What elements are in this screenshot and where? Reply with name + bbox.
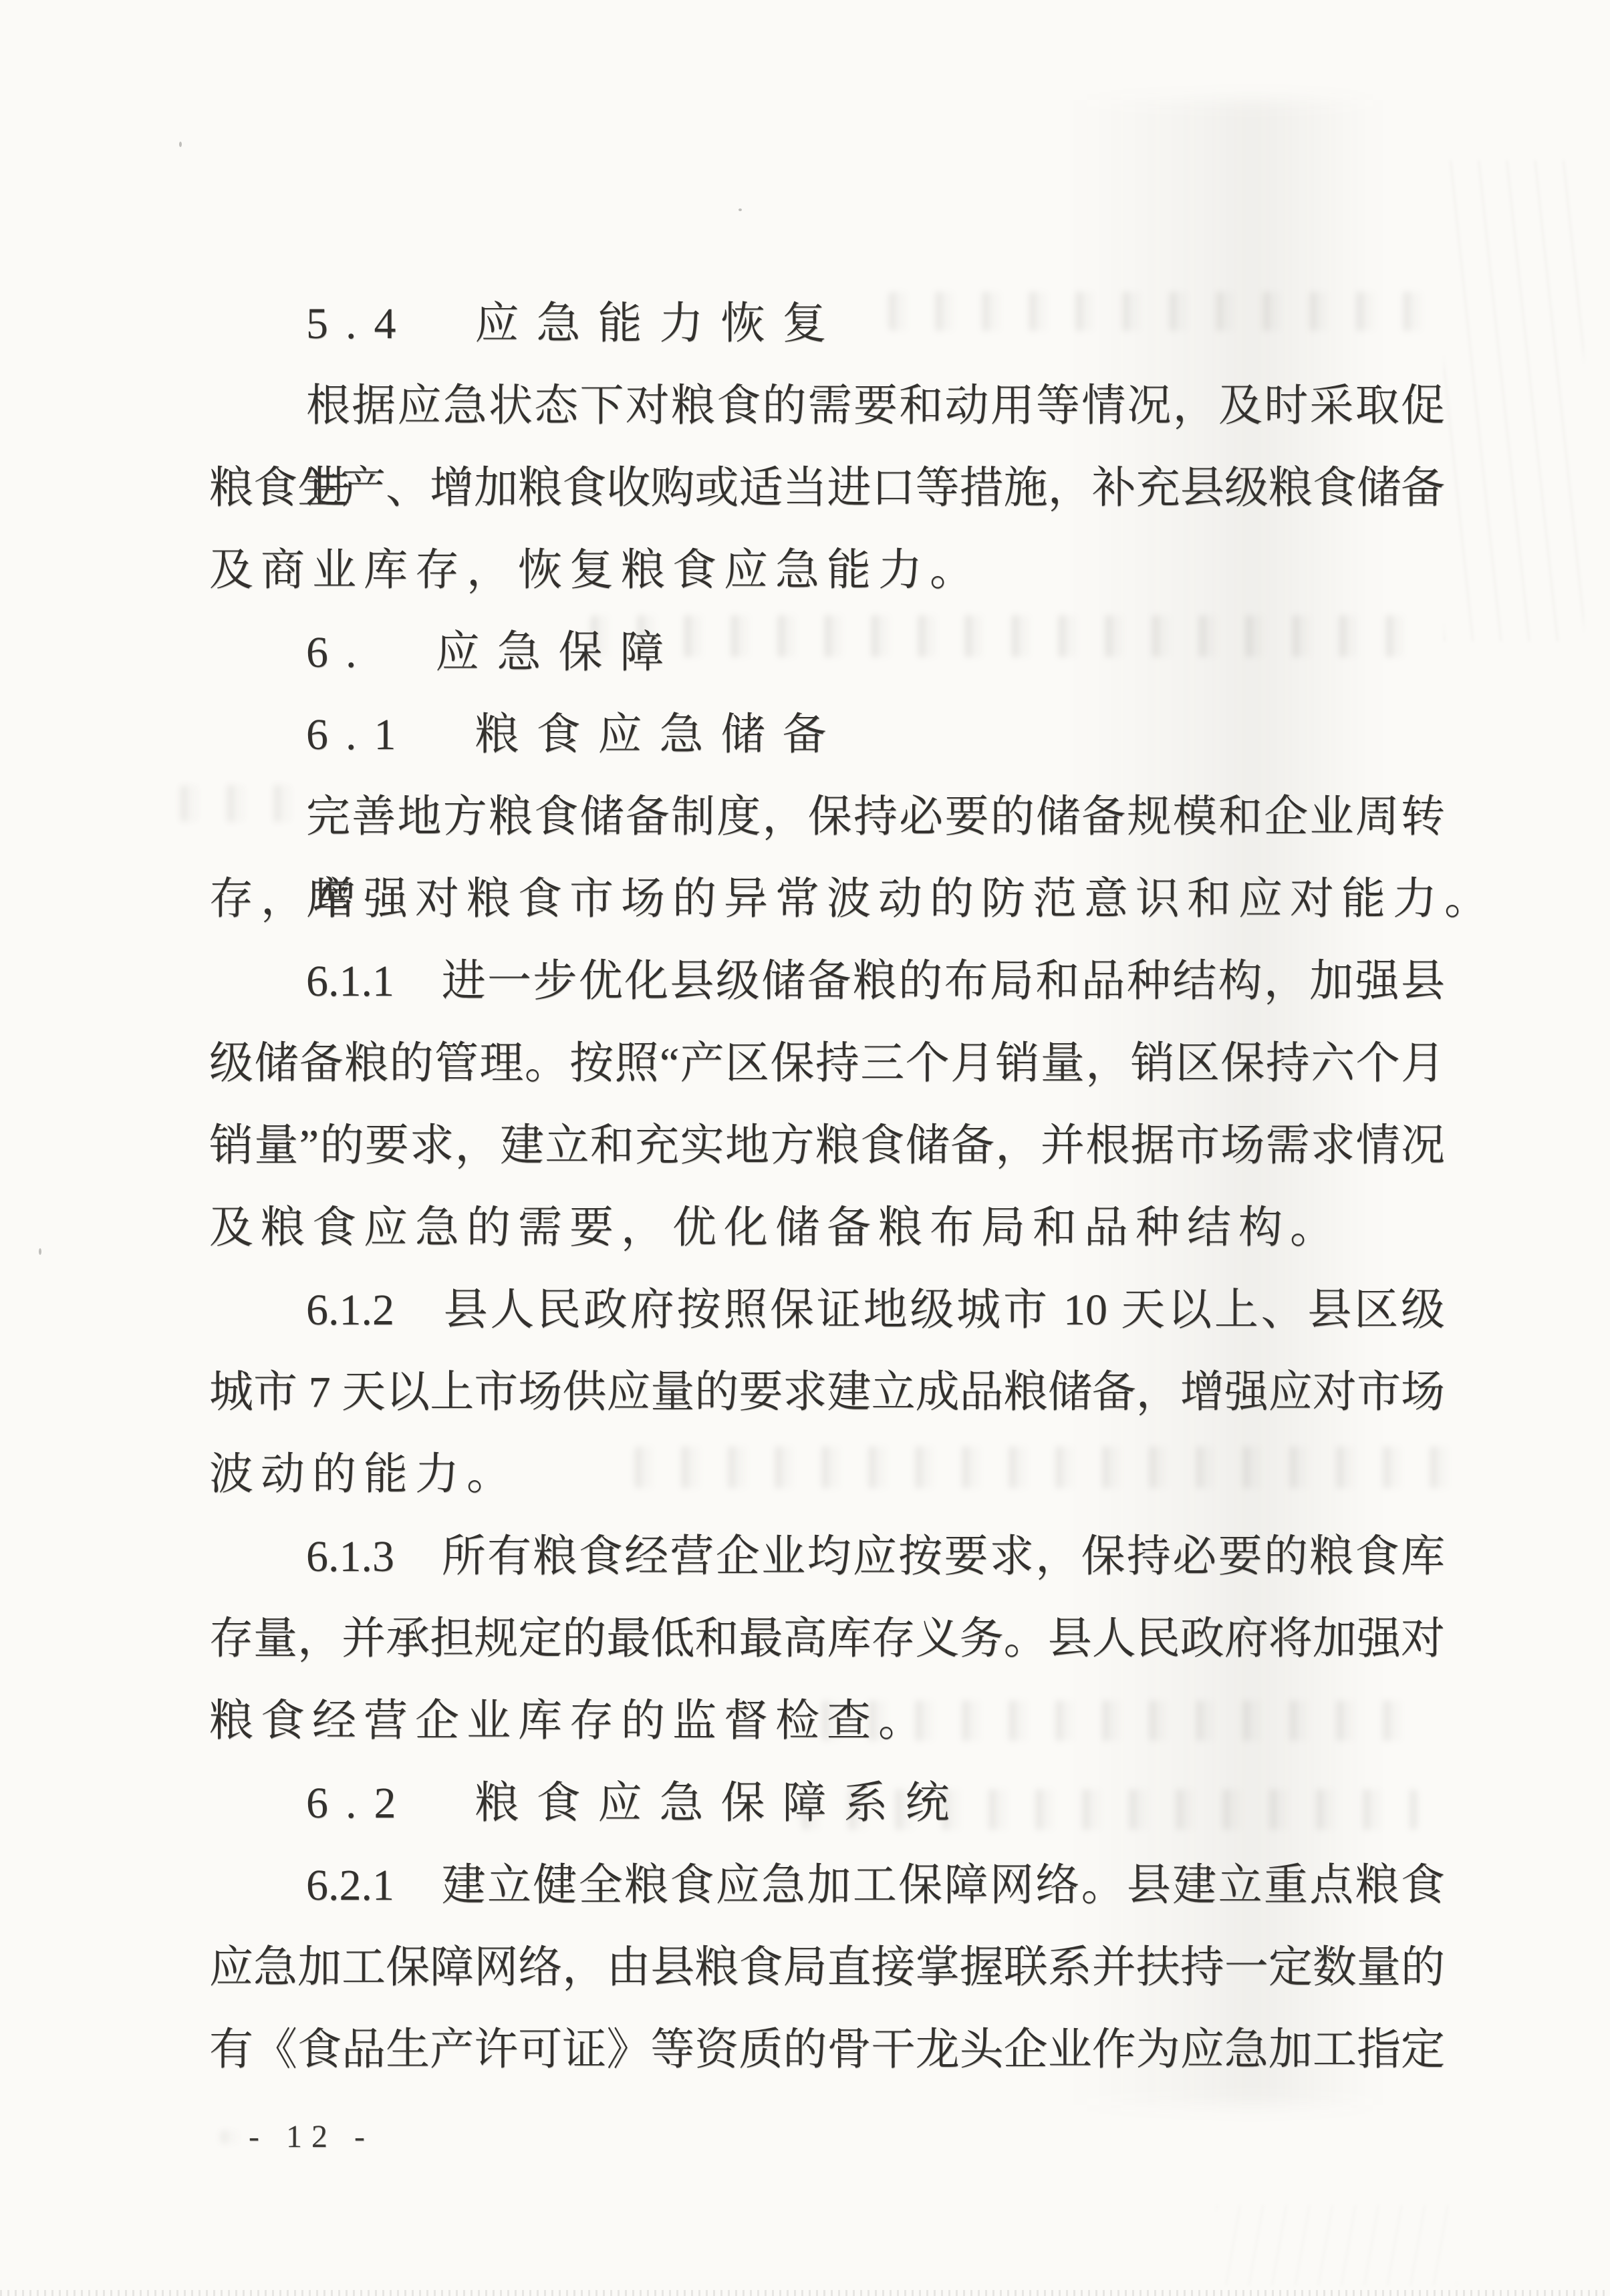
page-number: - 12 - xyxy=(249,2117,374,2157)
scan-scratches-artifact xyxy=(1444,160,1584,641)
body-line-6-2-1: 6.2.1 建立健全粮食应急加工保障网络。县建立重点粮食 xyxy=(209,1844,1445,1926)
body-line: 完善地方粮食储备制度，保持必要的储备规模和企业周转库 xyxy=(209,776,1445,858)
body-line: 及商业库存，恢复粮食应急能力。 xyxy=(209,529,1445,611)
scan-speck xyxy=(39,1248,41,1255)
body-line: 存量，并承担规定的最低和最高库存义务。县人民政府将加强对 xyxy=(209,1598,1445,1680)
heading-6-1: 6.1 粮食应急储备 xyxy=(209,694,1445,776)
body-line: 粮食生产、增加粮食收购或适当进口等措施，补充县级粮食储备 xyxy=(209,447,1445,529)
scan-speck xyxy=(739,208,742,211)
heading-5-4: 5.4 应急能力恢复 xyxy=(209,283,1445,365)
body-line: 销量”的要求，建立和充实地方粮食储备，并根据市场需求情况 xyxy=(209,1105,1445,1187)
scan-scratches-artifact xyxy=(1216,2205,1457,2285)
body-line: 根据应急状态下对粮食的需要和动用等情况，及时采取促进 xyxy=(209,365,1445,447)
body-line-6-1-2: 6.1.2 县人民政府按照保证地级城市 10 天以上、县区级 xyxy=(209,1269,1445,1351)
scan-edge-speckle xyxy=(0,2290,1610,2296)
body-line: 应急加工保障网络，由县粮食局直接掌握联系并扶持一定数量的 xyxy=(209,1926,1445,2009)
body-line: 存，增强对粮食市场的异常波动的防范意识和应对能力。 xyxy=(209,858,1445,940)
body-line: 级储备粮的管理。按照“产区保持三个月销量，销区保持六个月 xyxy=(209,1022,1445,1105)
body-line-6-1-1: 6.1.1 进一步优化县级储备粮的布局和品种结构，加强县 xyxy=(209,940,1445,1022)
heading-6: 6. 应急保障 xyxy=(209,611,1445,694)
body-line: 城市 7 天以上市场供应量的要求建立成品粮储备，增强应对市场 xyxy=(209,1351,1445,1433)
body-line: 及粮食应急的需要，优化储备粮布局和品种结构。 xyxy=(209,1187,1445,1269)
document-body: 5.4 应急能力恢复 根据应急状态下对粮食的需要和动用等情况，及时采取促进 粮食… xyxy=(209,283,1445,2091)
body-line: 波动的能力。 xyxy=(209,1433,1445,1516)
scan-speck xyxy=(179,142,182,147)
scanned-document-page: 5.4 应急能力恢复 根据应急状态下对粮食的需要和动用等情况，及时采取促进 粮食… xyxy=(0,0,1610,2296)
heading-6-2: 6.2 粮食应急保障系统 xyxy=(209,1762,1445,1844)
bleed-through-artifact xyxy=(221,2130,249,2144)
body-line: 粮食经营企业库存的监督检查。 xyxy=(209,1680,1445,1762)
body-line-6-1-3: 6.1.3 所有粮食经营企业均应按要求，保持必要的粮食库 xyxy=(209,1516,1445,1598)
body-line: 有《食品生产许可证》等资质的骨干龙头企业作为应急加工指定 xyxy=(209,2009,1445,2091)
